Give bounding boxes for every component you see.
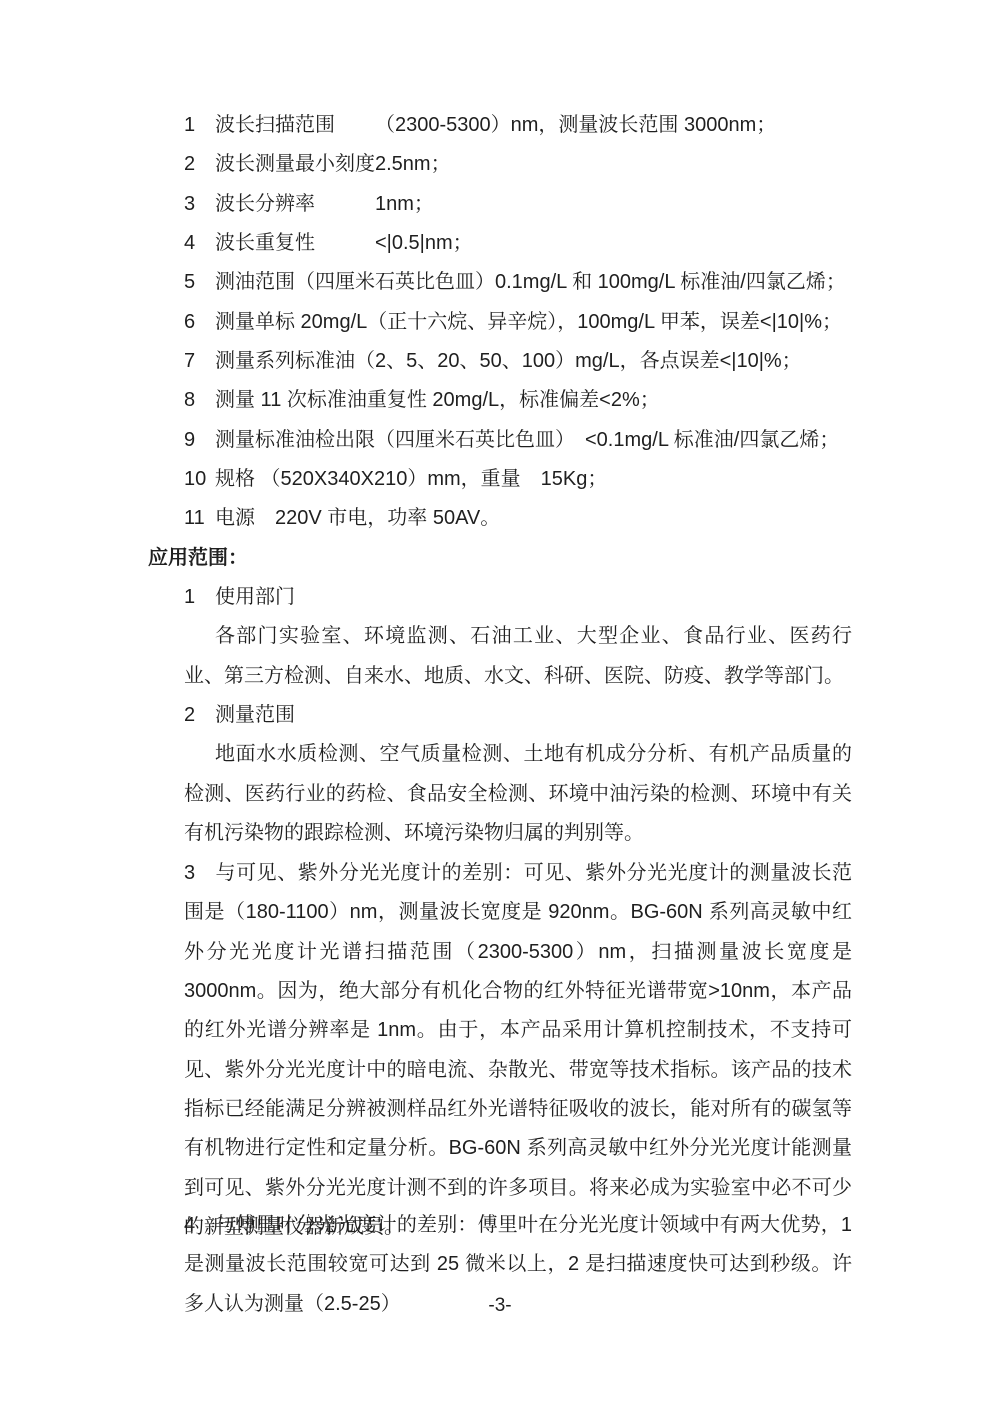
spec-item-value: 1nm；: [375, 185, 852, 224]
application-item-number: 4: [184, 1206, 215, 1245]
spec-item-label: 波长扫描范围: [215, 106, 375, 145]
spec-item-4: 4 波长重复性 <|0.5|nm；: [184, 224, 852, 263]
spec-item-1: 1 波长扫描范围 （2300-5300）nm，测量波长范围 3000nm；: [184, 106, 852, 145]
spec-item-label: 波长测量最小刻度: [215, 145, 375, 184]
spec-item-number: 7: [184, 342, 215, 381]
spec-item-number: 3: [184, 185, 215, 224]
spec-item-label: 波长分辨率: [215, 185, 375, 224]
spec-list: 1 波长扫描范围 （2300-5300）nm，测量波长范围 3000nm； 2 …: [184, 106, 852, 539]
application-item-title: 使用部门: [215, 578, 295, 617]
spec-item-text: 规格 （520X340X210）mm，重量 15Kg；: [215, 460, 852, 499]
spec-item-6: 6 测量单标 20mg/L（正十六烷、异辛烷），100mg/L 甲苯，误差<|1…: [184, 303, 852, 342]
spec-item-text: 测油范围（四厘米石英比色皿）0.1mg/L 和 100mg/L 标准油/四氯乙烯…: [215, 263, 852, 302]
spec-item-number: 4: [184, 224, 215, 263]
spec-item-9: 9 测量标准油检出限（四厘米石英比色皿） <0.1mg/L 标准油/四氯乙烯；: [184, 421, 852, 460]
application-item-3: 3与可见、紫外分光光度计的差别：可见、紫外分光光度计的测量波长范围是（180-1…: [184, 854, 852, 1247]
spec-item-8: 8 测量 11 次标准油重复性 20mg/L，标准偏差<2%；: [184, 381, 852, 420]
application-item-number: 2: [184, 696, 215, 735]
application-item-title: 测量范围: [215, 696, 295, 735]
spec-item-text: 电源 220V 市电，功率 50AV。: [215, 499, 852, 538]
spec-item-number: 9: [184, 421, 215, 460]
application-item-heading: 2 测量范围: [184, 696, 852, 735]
spec-item-value: 2.5nm；: [375, 145, 852, 184]
spec-item-text: 测量单标 20mg/L（正十六烷、异辛烷），100mg/L 甲苯，误差<|10|…: [215, 303, 852, 342]
spec-item-5: 5 测油范围（四厘米石英比色皿）0.1mg/L 和 100mg/L 标准油/四氯…: [184, 263, 852, 302]
application-item-heading: 1 使用部门: [184, 578, 852, 617]
page-number: -3-: [0, 1286, 1000, 1325]
spec-item-3: 3 波长分辨率 1nm；: [184, 185, 852, 224]
spec-item-11: 11 电源 220V 市电，功率 50AV。: [184, 499, 852, 538]
spec-item-number: 2: [184, 145, 215, 184]
application-item-number: 1: [184, 578, 215, 617]
spec-item-10: 10 规格 （520X340X210）mm，重量 15Kg；: [184, 460, 852, 499]
spec-item-2: 2 波长测量最小刻度 2.5nm；: [184, 145, 852, 184]
spec-item-7: 7 测量系列标准油（2、5、20、50、100）mg/L，各点误差<|10|%；: [184, 342, 852, 381]
spec-item-number: 5: [184, 263, 215, 302]
spec-item-text: 测量系列标准油（2、5、20、50、100）mg/L，各点误差<|10|%；: [215, 342, 852, 381]
spec-item-number: 10: [184, 460, 215, 499]
application-item-1: 1 使用部门 各部门实验室、环境监测、石油工业、大型企业、食品行业、医药行业、第…: [184, 578, 852, 696]
section-heading-application-scope: 应用范围：: [148, 539, 248, 578]
spec-item-text: 测量 11 次标准油重复性 20mg/L，标准偏差<2%；: [215, 381, 852, 420]
application-item-body: 地面水水质检测、空气质量检测、土地有机成分分析、有机产品质量的检测、医药行业的药…: [184, 735, 852, 853]
application-item-paragraph: 3与可见、紫外分光光度计的差别：可见、紫外分光光度计的测量波长范围是（180-1…: [184, 854, 852, 1247]
spec-item-value: （2300-5300）nm，测量波长范围 3000nm；: [375, 106, 852, 145]
spec-item-number: 11: [184, 499, 215, 538]
application-item-body: 与可见、紫外分光光度计的差别：可见、紫外分光光度计的测量波长范围是（180-11…: [184, 862, 852, 1238]
spec-item-number: 6: [184, 303, 215, 342]
spec-item-number: 1: [184, 106, 215, 145]
spec-item-number: 8: [184, 381, 215, 420]
application-item-2: 2 测量范围 地面水水质检测、空气质量检测、土地有机成分分析、有机产品质量的检测…: [184, 696, 852, 853]
spec-item-text: 测量标准油检出限（四厘米石英比色皿） <0.1mg/L 标准油/四氯乙烯；: [215, 421, 852, 460]
application-item-number: 3: [184, 854, 215, 893]
spec-item-value: <|0.5|nm；: [375, 224, 852, 263]
application-item-body: 各部门实验室、环境监测、石油工业、大型企业、食品行业、医药行业、第三方检测、自来…: [184, 617, 852, 696]
spec-item-label: 波长重复性: [215, 224, 375, 263]
